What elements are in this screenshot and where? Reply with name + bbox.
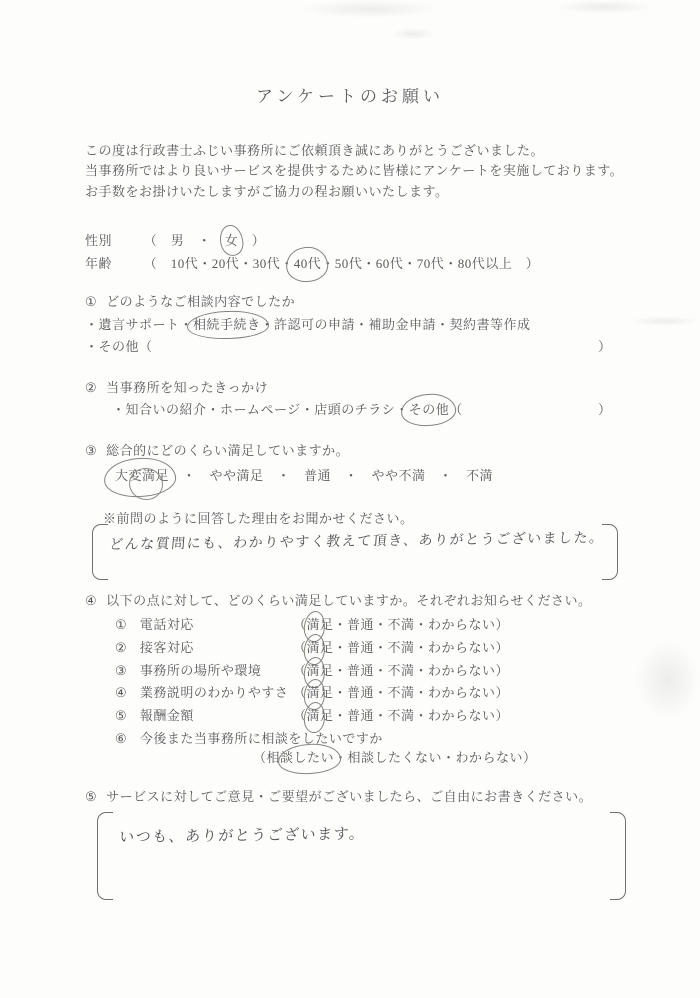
q4-item-scale: （満足・普通・不満・わからない）: [293, 637, 509, 656]
q1-other-label: ・その他（: [85, 339, 153, 354]
q4-header: ④以下の点に対して、どのくらい満足していますか。それぞれお知らせください。: [85, 590, 592, 609]
scale-open: （: [293, 685, 307, 700]
q3-options-after: ・ やや満足 ・ 普通 ・ やや不満 ・ 不満: [169, 468, 493, 483]
q4-item-number: ⑤: [115, 708, 127, 723]
q2-options-before: ・知合いの紹介・ホームページ・店頭のチラシ・: [112, 402, 409, 417]
scale-rest: ・普通・不満・わからない）: [334, 640, 510, 655]
q4-item-row: ④ 業務説明のわかりやすさ （満足・普通・不満・わからない）: [115, 682, 655, 701]
q4-item6-row: ⑥ 今後また当事務所に相談をしたいですか: [115, 728, 383, 747]
q1-header: ①どのようなご相談内容でしたか: [85, 291, 295, 310]
q3-selected-circle: 大変満足: [115, 465, 169, 484]
q4-title: 以下の点に対して、どのくらい満足していますか。それぞれお知らせください。: [106, 593, 591, 608]
q2-number: ②: [85, 380, 97, 396]
scale-rest: ・普通・不満・わからない）: [334, 685, 510, 700]
q1-number: ①: [85, 294, 97, 310]
q2-selected-circle: その他: [409, 399, 450, 418]
q4-item-number: ②: [115, 640, 127, 655]
age-label: 年齢: [85, 253, 140, 272]
age-options-before: （ 10代・20代・30代・: [144, 256, 294, 271]
item6-open: （: [253, 750, 267, 765]
q1-options-after: ・許認可の申請・補助金申請・契約書等作成: [261, 317, 531, 332]
answer2-open-bracket: [97, 812, 113, 900]
scale-rest: ・普通・不満・わからない）: [334, 708, 510, 723]
q1-other-row: ・その他（ ）: [85, 336, 700, 355]
q4-item3-selected-circle: 満足: [307, 660, 334, 679]
q4-item-scale: （満足・普通・不満・わからない）: [293, 705, 509, 724]
scale-open: （: [293, 617, 307, 632]
q3-followup-label: ※前問のように回答した理由をお聞かせください。: [103, 508, 414, 527]
q5-header: ⑤サービスに対してご意見・ご要望がございましたら、ご自由にお書きください。: [85, 786, 592, 805]
q2-header: ②当事務所を知ったきっかけ: [85, 377, 268, 396]
answer1-open-bracket: [92, 524, 108, 580]
q3-options: 大変満足 ・ やや満足 ・ 普通 ・ やや不満 ・ 不満: [115, 465, 493, 484]
gender-label: 性別: [85, 230, 140, 249]
q3-title: 総合的にどのくらい満足していますか。: [106, 443, 349, 458]
q3-header: ③総合的にどのくらい満足していますか。: [85, 440, 349, 459]
page-title: アンケートのお願い: [0, 82, 700, 107]
scale-open: （: [293, 640, 307, 655]
q4-item-row: ⑤ 報酬金額 （満足・普通・不満・わからない）: [115, 705, 655, 724]
q1-other-close: ）: [598, 336, 612, 355]
q4-item-row: ① 電話対応 （満足・普通・不満・わからない）: [115, 614, 655, 633]
q4-item-number: ⑥: [115, 731, 127, 746]
answer2-close-bracket: [610, 812, 626, 900]
q4-number: ④: [85, 593, 97, 609]
q4-item-number: ①: [115, 617, 127, 632]
q4-item6-options: （相談したい・相談したくない・わからない）: [253, 747, 537, 766]
q1-selected-circle: 相続手続き: [193, 314, 261, 333]
q2-title: 当事務所を知ったきっかけ: [106, 380, 268, 395]
intro-paragraph: この度は行政書士ふじい事務所にご依頼頂き誠にありがとうございました。 当事務所で…: [85, 140, 623, 201]
q4-item-row: ② 接客対応 （満足・普通・不満・わからない）: [115, 637, 655, 656]
scale-open: （: [293, 663, 307, 678]
scan-smudge: [555, 0, 655, 14]
q5-title: サービスに対してご意見・ご要望がございましたら、ご自由にお書きください。: [106, 789, 592, 804]
q1-options: ・遺言サポート・相続手続き・許認可の申請・補助金申請・契約書等作成: [85, 314, 531, 333]
q4-item-number: ③: [115, 663, 127, 678]
intro-line: 当事務所ではより良いサービスを提供するために皆様にアンケートを実施しております。: [85, 160, 623, 180]
scale-rest: ・普通・不満・わからない）: [334, 663, 510, 678]
q4-item-label: 今後また当事務所に相談をしたいですか: [140, 731, 383, 746]
q4-item-label: 業務説明のわかりやすさ: [140, 685, 289, 700]
q1-options-before: ・遺言サポート・: [85, 317, 193, 332]
q1-title: どのようなご相談内容でしたか: [106, 294, 295, 309]
q4-item4-selected-circle: 満足: [307, 682, 334, 701]
q4-item-scale: （満足・普通・不満・わからない）: [293, 614, 509, 633]
intro-line: お手数をお掛けいたしますがご協力の程お願いいたします。: [85, 181, 623, 201]
gender-row: 性別 （ 男 ・ 女 ）: [85, 230, 265, 249]
scanned-survey-page: アンケートのお願い この度は行政書士ふじい事務所にご依頼頂き誠にありがとうござい…: [0, 0, 700, 998]
gender-selected-circle: 女: [225, 230, 239, 249]
scan-smudge: [300, 0, 440, 18]
q4-item1-selected-circle: 満足: [307, 614, 334, 633]
scan-smudge: [390, 28, 436, 40]
gender-options-after: ）: [238, 233, 265, 248]
q4-item-number: ④: [115, 685, 127, 700]
q4-item-label: 報酬金額: [140, 708, 194, 723]
scan-smudge: [630, 316, 700, 326]
q5-handwritten-answer: いつも、ありがとうございます。: [118, 823, 366, 847]
item6-rest: ・相談したくない・わからない）: [334, 750, 537, 765]
q4-item-label: 接客対応: [140, 640, 194, 655]
q4-item5-selected-circle: 満足: [307, 705, 334, 724]
q4-item-scale: （満足・普通・不満・わからない）: [293, 682, 509, 701]
q4-item-label: 事務所の場所や環境: [140, 663, 262, 678]
age-options-after: ・50代・60代・70代・80代以上 ）: [321, 256, 539, 271]
q4-item-scale: （満足・普通・不満・わからない）: [293, 660, 509, 679]
q5-number: ⑤: [85, 789, 97, 805]
age-row: 年齢 （ 10代・20代・30代・40代・50代・60代・70代・80代以上 ）: [85, 253, 539, 272]
q4-item-row: ③ 事務所の場所や環境 （満足・普通・不満・わからない）: [115, 660, 655, 679]
q3-number: ③: [85, 443, 97, 459]
scale-open: （: [293, 708, 307, 723]
q2-open-paren: （: [449, 402, 463, 417]
q4-item6-selected-circle: 相談したい: [267, 747, 335, 766]
age-selected-circle: 40代: [294, 253, 322, 272]
q4-item-label: 電話対応: [140, 617, 194, 632]
q4-item2-selected-circle: 満足: [307, 637, 334, 656]
q2-close-paren: ）: [598, 399, 612, 418]
q3-handwritten-answer: どんな質問にも、わかりやすく教えて頂き、ありがとうございました。: [109, 527, 606, 554]
intro-line: この度は行政書士ふじい事務所にご依頼頂き誠にありがとうございました。: [85, 140, 623, 160]
gender-options-before: （ 男 ・: [144, 233, 225, 248]
scale-rest: ・普通・不満・わからない）: [334, 617, 510, 632]
q2-options: ・知合いの紹介・ホームページ・店頭のチラシ・その他（ ）: [112, 399, 700, 418]
